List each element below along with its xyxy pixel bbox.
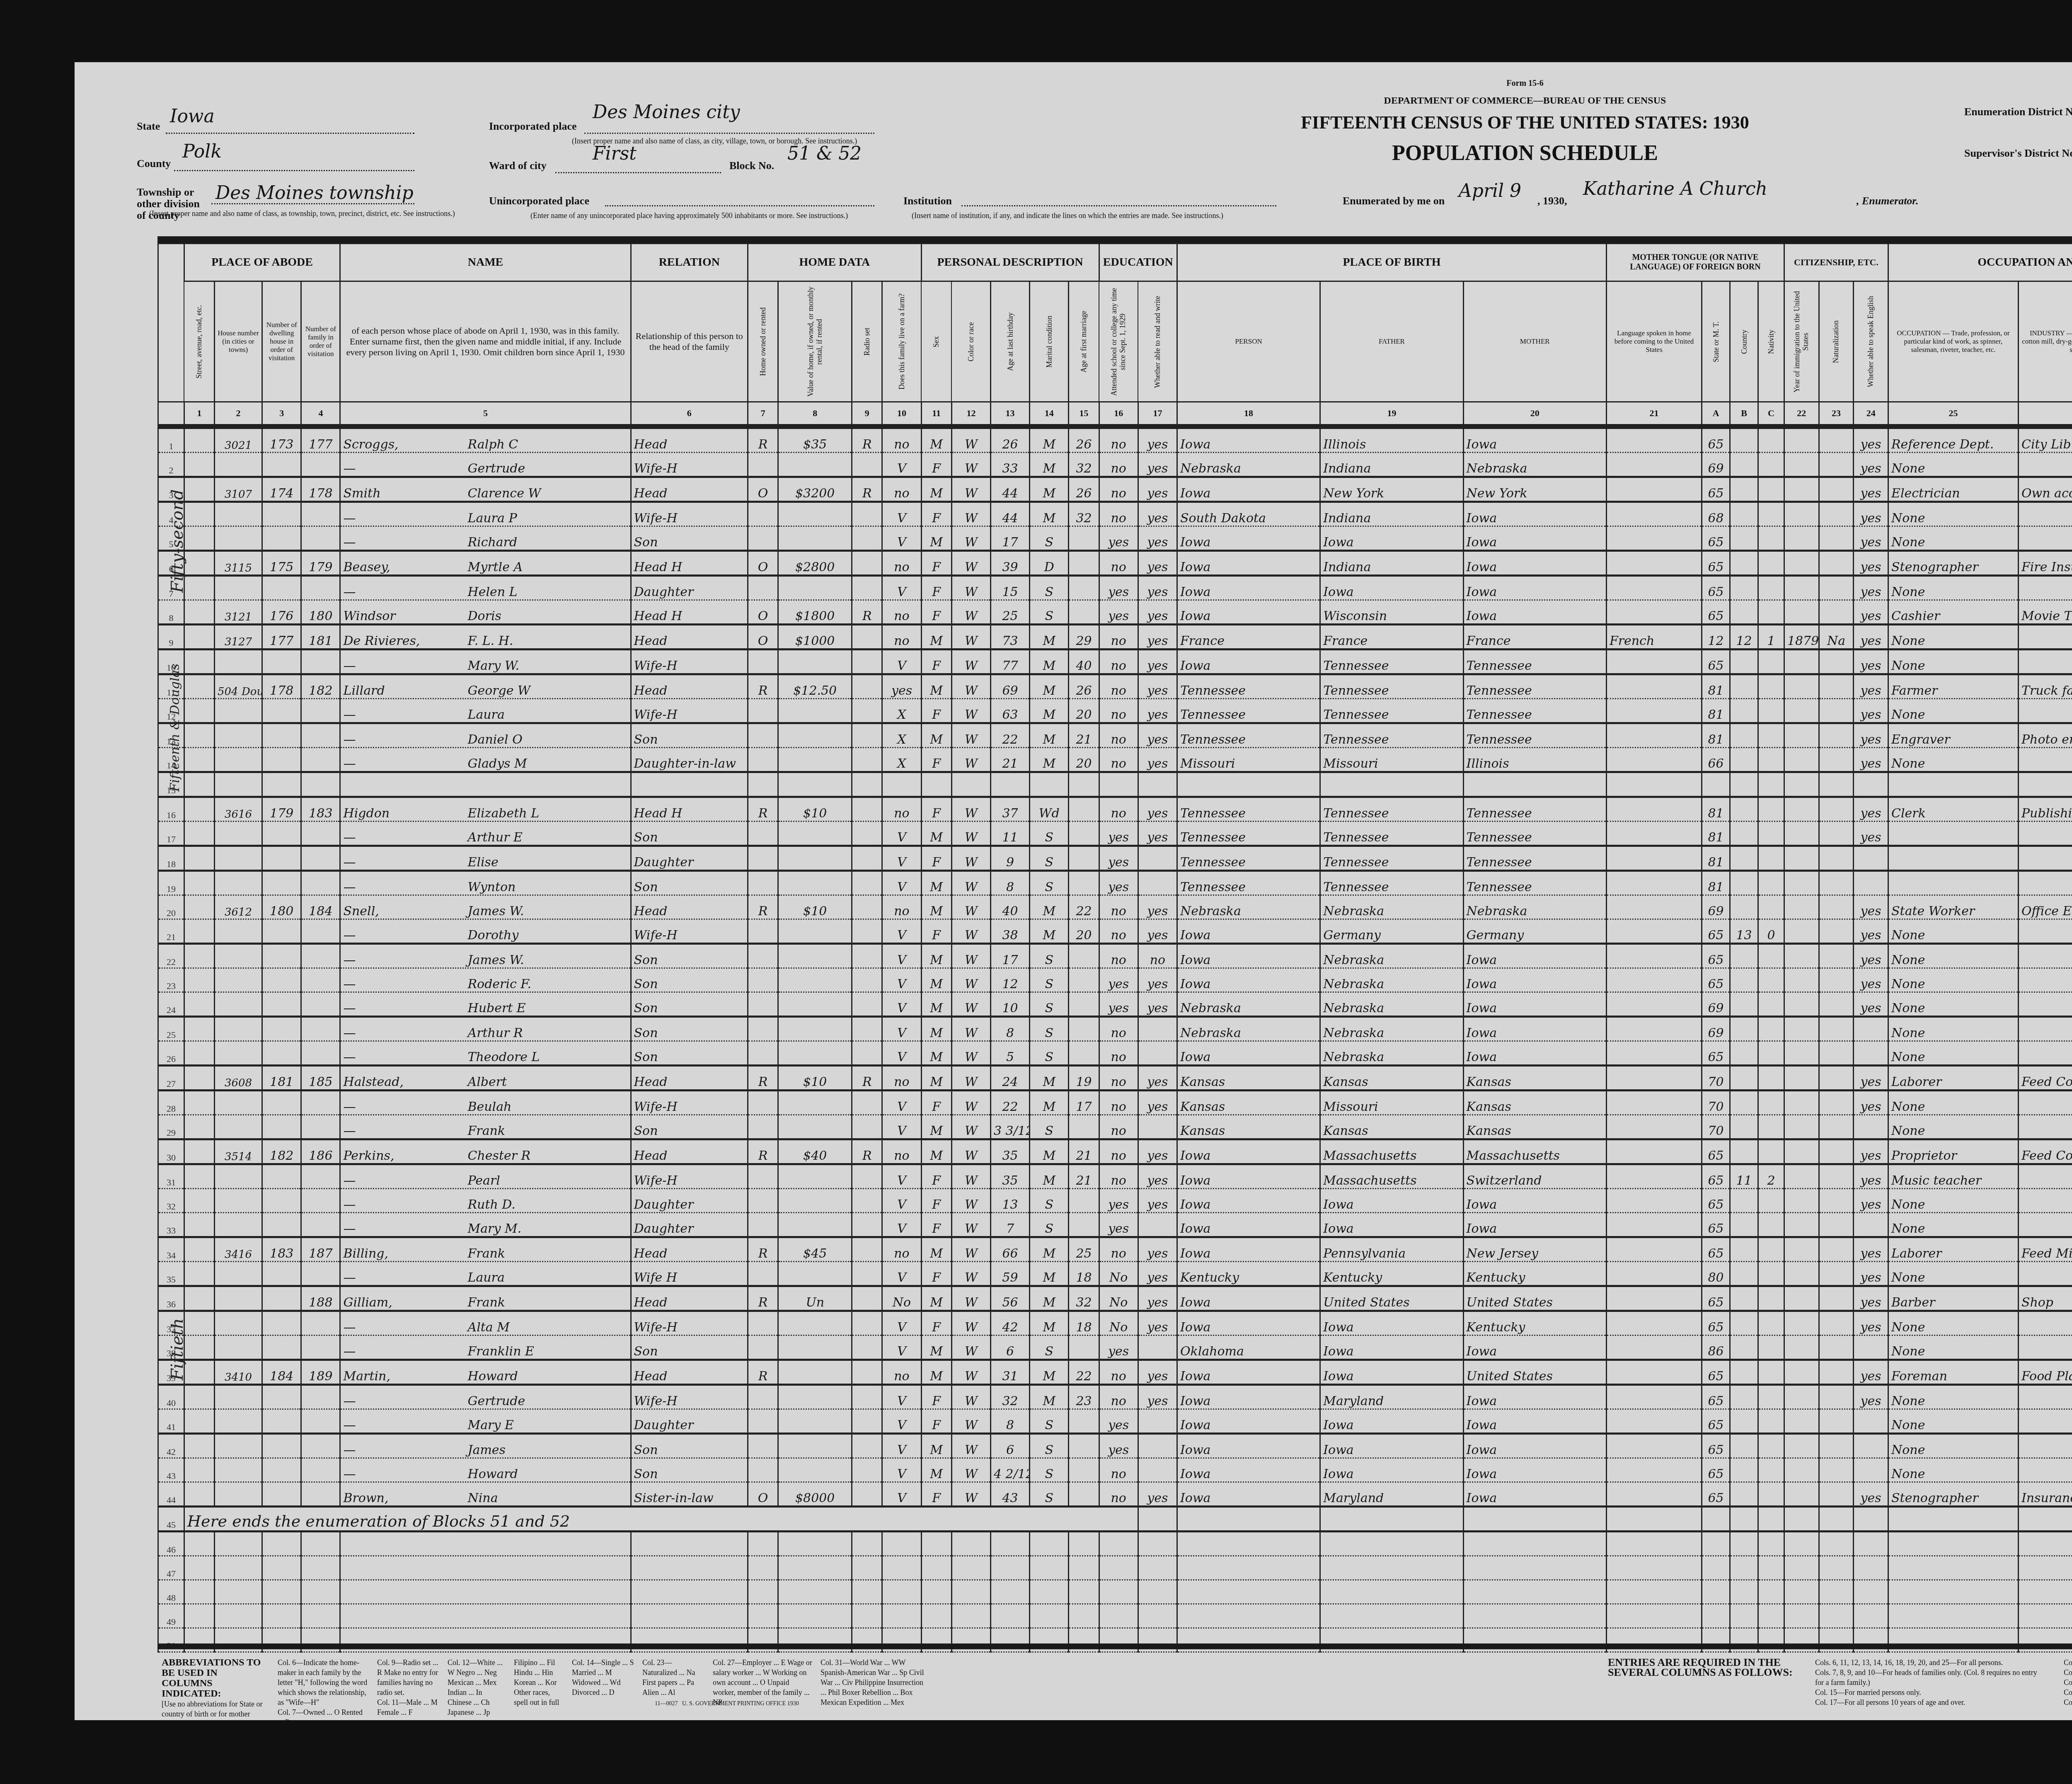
agem-cell <box>1069 822 1099 846</box>
b-cell <box>1730 1360 1758 1385</box>
rel-cell: Son <box>631 944 748 968</box>
imm-cell <box>1784 427 1819 453</box>
b-cell <box>1730 1189 1758 1213</box>
farm-cell: no <box>882 625 921 650</box>
col-number-20: 20 <box>1463 402 1606 427</box>
own-cell <box>748 992 778 1017</box>
bp-cell: Nebraska <box>1177 1017 1320 1041</box>
a-cell: 70 <box>1702 1066 1730 1091</box>
empty-cell <box>748 1580 778 1604</box>
imm-cell <box>1784 1237 1819 1262</box>
b-cell: 11 <box>1730 1164 1758 1189</box>
fam-cell <box>301 748 340 772</box>
mar-cell: S <box>1030 992 1069 1017</box>
house-cell <box>215 919 262 944</box>
line-number: 23 <box>158 968 184 992</box>
age-cell: 6 <box>991 1434 1030 1458</box>
a-cell: 65 <box>1702 1041 1730 1066</box>
b-cell <box>1730 772 1758 797</box>
ind-cell: Shop <box>2018 1286 2072 1311</box>
entries-5: Cols. 21, 22, and 23—For all foreign-bor… <box>2064 1658 2072 1667</box>
farm-cell: V <box>882 1385 921 1409</box>
farm-cell: no <box>882 797 921 822</box>
nat-cell <box>1819 1434 1854 1458</box>
val-cell <box>778 1409 852 1434</box>
nat-cell <box>1819 871 1854 895</box>
fam-cell <box>301 992 340 1017</box>
surname: — <box>343 880 467 894</box>
col-number-19: 19 <box>1320 402 1463 427</box>
imm-cell <box>1784 1066 1819 1091</box>
rel-cell: Wife-H <box>631 502 748 526</box>
mbp-cell: Iowa <box>1463 1017 1606 1041</box>
farm-cell: V <box>882 1311 921 1336</box>
lang-cell <box>1606 871 1702 895</box>
radio-cell <box>852 1213 882 1237</box>
c-cell <box>1758 1385 1784 1409</box>
bp-cell: Iowa <box>1177 1311 1320 1336</box>
empty-cell <box>184 1532 214 1556</box>
sch-cell: no <box>1099 1017 1138 1041</box>
sch-cell: no <box>1099 674 1138 699</box>
col-16-header: Attended school or college any time sinc… <box>1099 281 1138 402</box>
dw-cell: 180 <box>262 895 301 919</box>
house-cell <box>215 1434 262 1458</box>
a-cell: 65 <box>1702 1458 1730 1482</box>
dw-cell <box>262 723 301 748</box>
given-name: Beulah <box>467 1100 511 1114</box>
imm-cell <box>1784 1385 1819 1409</box>
given-name: Alta M <box>467 1320 509 1335</box>
c-cell <box>1758 1360 1784 1385</box>
read-cell <box>1138 1409 1177 1434</box>
val-cell: $40 <box>778 1139 852 1164</box>
nat-cell <box>1819 1336 1854 1360</box>
eng-cell: yes <box>1854 1164 1888 1189</box>
val-cell: $2800 <box>778 551 852 576</box>
house-cell <box>215 871 262 895</box>
age-cell: 66 <box>991 1237 1030 1262</box>
read-cell: yes <box>1138 748 1177 772</box>
lang-cell <box>1606 674 1702 699</box>
sch-cell: no <box>1099 1041 1138 1066</box>
entries-4: Col. 17—For all persons 10 years of age … <box>1815 1698 1965 1706</box>
occ-cell: None <box>1888 1385 2019 1409</box>
empty-cell <box>2018 1604 2072 1628</box>
radio-cell <box>852 1286 882 1311</box>
c-cell <box>1758 944 1784 968</box>
occ-cell: None <box>1888 1458 2019 1482</box>
bp-cell: Iowa <box>1177 1237 1320 1262</box>
mar-cell <box>1030 772 1069 797</box>
c-cell <box>1758 1115 1784 1139</box>
line-number: 31 <box>158 1164 184 1189</box>
table-row: 14—Gladys MDaughter-in-lawXFW21M20noyesM… <box>158 748 2072 772</box>
footer: ABBREVIATIONS TO BE USED IN COLUMNS INDI… <box>157 1643 2072 1716</box>
fam-cell: 183 <box>301 797 340 822</box>
entries-3: Col. 15—For married persons only. <box>1815 1688 1921 1697</box>
eng-cell: yes <box>1854 674 1888 699</box>
given-name: Laura P <box>467 511 517 526</box>
nat-cell <box>1819 992 1854 1017</box>
rel-cell: Son <box>631 992 748 1017</box>
rel-cell: Son <box>631 1336 748 1360</box>
name-cell: —Alta M <box>340 1311 631 1336</box>
ind-cell <box>2018 625 2072 650</box>
empty-cell <box>184 1580 214 1604</box>
sch-cell: yes <box>1099 1213 1138 1237</box>
abbrev-col31: Col. 31—World War ... WW Spanish-America… <box>821 1658 928 1707</box>
own-cell <box>748 502 778 526</box>
bp-cell: Tennessee <box>1177 871 1320 895</box>
fbp-cell: Iowa <box>1320 576 1463 600</box>
agem-cell <box>1069 1189 1099 1213</box>
c-cell: 0 <box>1758 919 1784 944</box>
a-cell: 65 <box>1702 1286 1730 1311</box>
lang-cell <box>1606 1385 1702 1409</box>
surname: — <box>343 1320 467 1335</box>
read-cell: yes <box>1138 1091 1177 1115</box>
name-cell: WindsorDoris <box>340 600 631 625</box>
fbp-cell: Missouri <box>1320 748 1463 772</box>
group-abode: PLACE OF ABODE <box>184 244 340 281</box>
imm-cell <box>1784 822 1819 846</box>
b-cell <box>1730 992 1758 1017</box>
fbp-cell: Iowa <box>1320 1409 1463 1434</box>
col-a-header: State or M. T. <box>1702 281 1730 402</box>
imm-cell <box>1784 797 1819 822</box>
mar-cell: M <box>1030 1237 1069 1262</box>
nat-cell <box>1819 477 1854 502</box>
block-value: 51 & 52 <box>787 143 862 164</box>
mar-cell: M <box>1030 502 1069 526</box>
read-cell: yes <box>1138 625 1177 650</box>
house-cell <box>215 576 262 600</box>
nat-cell <box>1819 919 1854 944</box>
entries-1: Cols. 6, 11, 12, 13, 14, 16, 18, 19, 20,… <box>1815 1658 2003 1667</box>
occ-cell: None <box>1888 1409 2019 1434</box>
race-cell: W <box>951 846 990 871</box>
val-cell <box>778 453 852 477</box>
empty-cell <box>1177 1556 1320 1580</box>
street-cell <box>184 1286 214 1311</box>
own-cell <box>748 748 778 772</box>
given-name: Dorothy <box>467 928 518 943</box>
empty-cell <box>1702 1580 1730 1604</box>
sch-cell: yes <box>1099 822 1138 846</box>
race-cell: W <box>951 1458 990 1482</box>
lang-cell <box>1606 600 1702 625</box>
own-cell <box>748 1213 778 1237</box>
occ-cell: Laborer <box>1888 1066 2019 1091</box>
sex-cell: M <box>921 674 951 699</box>
table-row: 343416183187Billing,FrankHeadR$45noMW66M… <box>158 1237 2072 1262</box>
b-cell <box>1730 1482 1758 1507</box>
col-12-header: Color or race <box>951 281 990 402</box>
fam-cell: 180 <box>301 600 340 625</box>
agem-cell <box>1069 1336 1099 1360</box>
dw-cell <box>262 1458 301 1482</box>
col-number-24: 24 <box>1854 402 1888 427</box>
ind-cell <box>2018 526 2072 551</box>
line-number: 32 <box>158 1189 184 1213</box>
col-13-header: Age at last birthday <box>991 281 1030 402</box>
eng-cell: yes <box>1854 427 1888 453</box>
occ-cell: None <box>1888 1336 2019 1360</box>
occ-cell <box>1888 846 2019 871</box>
sch-cell: no <box>1099 895 1138 919</box>
b-cell <box>1730 1139 1758 1164</box>
occ-cell: Farmer <box>1888 674 2019 699</box>
group-education: EDUCATION <box>1099 244 1177 281</box>
street-cell <box>184 1385 214 1409</box>
race-cell: W <box>951 1409 990 1434</box>
c-cell <box>1758 1237 1784 1262</box>
line-number: 36 <box>158 1286 184 1311</box>
occ-cell: None <box>1888 992 2019 1017</box>
nat-cell <box>1819 1091 1854 1115</box>
val-cell <box>778 992 852 1017</box>
own-cell <box>748 1385 778 1409</box>
val-cell: $12.50 <box>778 674 852 699</box>
b-cell <box>1730 699 1758 723</box>
ind-cell <box>2018 871 2072 895</box>
sch-cell: no <box>1099 797 1138 822</box>
farm-cell: V <box>882 576 921 600</box>
surname: — <box>343 756 467 771</box>
line-number: 46 <box>158 1532 184 1556</box>
ind-cell <box>2018 1164 2072 1189</box>
empty-cell <box>1030 1580 1069 1604</box>
abbrev-col9: Col. 9—Radio set ... R Make no entry for… <box>377 1658 438 1697</box>
b-cell <box>1730 723 1758 748</box>
dw-cell <box>262 822 301 846</box>
house-cell <box>215 1213 262 1237</box>
empty-cell <box>1730 1580 1758 1604</box>
mbp-cell: Tennessee <box>1463 674 1606 699</box>
empty-cell <box>262 1580 301 1604</box>
a-cell: 65 <box>1702 1237 1730 1262</box>
bp-cell: Nebraska <box>1177 453 1320 477</box>
table-row: 19—WyntonSonVMW8SyesTennesseeTennesseeTe… <box>158 871 2072 895</box>
surname: — <box>343 1222 467 1236</box>
abbrev-col12: Col. 12—White ... W Negro ... Neg Mexica… <box>448 1658 506 1717</box>
occ-cell: None <box>1888 1311 2019 1336</box>
farm-cell: no <box>882 1360 921 1385</box>
empty-cell <box>301 1532 340 1556</box>
col-b-header: Country <box>1730 281 1758 402</box>
fam-cell <box>301 968 340 992</box>
house-cell: 3612 <box>215 895 262 919</box>
mbp-cell: Iowa <box>1463 502 1606 526</box>
occ-cell: None <box>1888 748 2019 772</box>
empty-cell <box>1702 1507 1730 1532</box>
street-cell <box>184 1066 214 1091</box>
c-cell <box>1758 1213 1784 1237</box>
empty-cell <box>1702 1604 1730 1628</box>
race-cell: W <box>951 944 990 968</box>
eng-cell: yes <box>1854 1139 1888 1164</box>
closing-note: Here ends the enumeration of Blocks 51 a… <box>184 1507 1138 1532</box>
val-cell: $8000 <box>778 1482 852 1507</box>
line-header <box>158 244 184 402</box>
empty-cell <box>262 1604 301 1628</box>
given-name: Ruth D. <box>467 1197 515 1212</box>
dw-cell <box>262 1434 301 1458</box>
bp-cell: Nebraska <box>1177 992 1320 1017</box>
empty-cell <box>991 1604 1030 1628</box>
surname: Halstead, <box>343 1075 467 1089</box>
empty-cell <box>1819 1556 1854 1580</box>
a-cell: 65 <box>1702 1409 1730 1434</box>
farm-cell: V <box>882 1041 921 1066</box>
c-cell <box>1758 1091 1784 1115</box>
a-cell: 66 <box>1702 748 1730 772</box>
a-cell <box>1702 772 1730 797</box>
occ-cell: Music teacher <box>1888 1164 2019 1189</box>
imm-cell <box>1784 1262 1819 1286</box>
sch-cell: yes <box>1099 846 1138 871</box>
eng-cell: yes <box>1854 576 1888 600</box>
mbp-cell: Iowa <box>1463 1336 1606 1360</box>
age-cell: 42 <box>991 1311 1030 1336</box>
sex-cell: M <box>921 1237 951 1262</box>
occ-cell: None <box>1888 944 2019 968</box>
bp-cell: Tennessee <box>1177 846 1320 871</box>
nat-cell <box>1819 895 1854 919</box>
radio-cell <box>852 1115 882 1139</box>
sch-cell: yes <box>1099 1434 1138 1458</box>
empty-cell <box>1606 1604 1702 1628</box>
empty-cell <box>1606 1532 1702 1556</box>
own-cell: R <box>748 797 778 822</box>
empty-cell <box>778 1532 852 1556</box>
col-number-7: 7 <box>748 402 778 427</box>
group-mother-tongue: MOTHER TONGUE (OR NATIVE LANGUAGE) OF FO… <box>1606 244 1784 281</box>
radio-cell <box>852 1262 882 1286</box>
col-11-header: Sex <box>921 281 951 402</box>
lang-cell <box>1606 477 1702 502</box>
fam-cell: 187 <box>301 1237 340 1262</box>
bp-cell: Iowa <box>1177 919 1320 944</box>
radio-cell <box>852 1237 882 1262</box>
given-name: Laura <box>467 1270 504 1285</box>
ind-cell <box>2018 1311 2072 1336</box>
name-cell: —Franklin E <box>340 1336 631 1360</box>
sex-cell: M <box>921 625 951 650</box>
own-cell <box>748 576 778 600</box>
empty-cell <box>2018 1580 2072 1604</box>
house-cell <box>215 1409 262 1434</box>
street-cell <box>184 944 214 968</box>
street-cell <box>184 822 214 846</box>
table-row: 12—LauraWife-HXFW63M20noyesTennesseeTenn… <box>158 699 2072 723</box>
street-cell <box>184 427 214 453</box>
read-cell: yes <box>1138 1066 1177 1091</box>
sex-cell: F <box>921 1311 951 1336</box>
fbp-cell: Iowa <box>1320 1336 1463 1360</box>
dw-cell <box>262 1482 301 1507</box>
nat-cell <box>1819 453 1854 477</box>
eng-cell <box>1854 1458 1888 1482</box>
bp-cell: Tennessee <box>1177 699 1320 723</box>
sch-cell: yes <box>1099 600 1138 625</box>
fbp-cell: Kansas <box>1320 1115 1463 1139</box>
house-cell: 3608 <box>215 1066 262 1091</box>
dw-cell <box>262 502 301 526</box>
a-cell: 65 <box>1702 1164 1730 1189</box>
line-number: 43 <box>158 1458 184 1482</box>
eng-cell <box>1854 871 1888 895</box>
farm-cell: no <box>882 895 921 919</box>
mar-cell: S <box>1030 1482 1069 1507</box>
a-cell: 65 <box>1702 526 1730 551</box>
house-cell: 3410 <box>215 1360 262 1385</box>
own-cell <box>748 1434 778 1458</box>
lang-cell <box>1606 1262 1702 1286</box>
mbp-cell: Iowa <box>1463 1409 1606 1434</box>
val-cell: $45 <box>778 1237 852 1262</box>
age-cell: 25 <box>991 600 1030 625</box>
table-row: 42—JamesSonVMW6SyesIowaIowaIowa65None <box>158 1434 2072 1458</box>
print-code: 11—0027 <box>655 1701 678 1707</box>
nat-cell <box>1819 1017 1854 1041</box>
empty-cell <box>1888 1507 2019 1532</box>
own-cell <box>748 1017 778 1041</box>
imm-cell <box>1784 1041 1819 1066</box>
line-number: 29 <box>158 1115 184 1139</box>
ind-cell: Food Plant <box>2018 1360 2072 1385</box>
radio-cell <box>852 502 882 526</box>
fam-cell <box>301 699 340 723</box>
sch-cell: no <box>1099 650 1138 674</box>
read-cell <box>1138 772 1177 797</box>
lang-cell <box>1606 846 1702 871</box>
bp-cell: Kansas <box>1177 1091 1320 1115</box>
empty-cell <box>1854 1532 1888 1556</box>
empty-cell <box>301 1556 340 1580</box>
col-9-header: Radio set <box>852 281 882 402</box>
street-cell <box>184 551 214 576</box>
age-cell: 35 <box>991 1139 1030 1164</box>
empty-cell <box>1177 1604 1320 1628</box>
sex-cell: M <box>921 1115 951 1139</box>
col-10-header: Does this family live on a farm? <box>882 281 921 402</box>
mar-cell: S <box>1030 1017 1069 1041</box>
fbp-cell: Tennessee <box>1320 723 1463 748</box>
line-number: 19 <box>158 871 184 895</box>
lang-cell <box>1606 1360 1702 1385</box>
c-cell <box>1758 576 1784 600</box>
radio-cell <box>852 968 882 992</box>
mar-cell: D <box>1030 551 1069 576</box>
house-cell <box>215 968 262 992</box>
radio-cell <box>852 576 882 600</box>
eng-cell <box>1854 1041 1888 1066</box>
abbrev-col6: Col. 6—Indicate the home-maker in each f… <box>278 1658 367 1706</box>
read-cell: yes <box>1138 992 1177 1017</box>
house-cell: 3107 <box>215 477 262 502</box>
house-cell <box>215 1041 262 1066</box>
table-row: 25—Arthur RSonVMW8SnoNebraskaNebraskaIow… <box>158 1017 2072 1041</box>
group-citizenship: CITIZENSHIP, ETC. <box>1784 244 1888 281</box>
empty-cell <box>1819 1507 1854 1532</box>
given-name: Laura <box>467 708 504 722</box>
sex-cell: M <box>921 1286 951 1311</box>
b-cell <box>1730 1262 1758 1286</box>
ind-cell <box>2018 699 2072 723</box>
street-cell <box>184 1189 214 1213</box>
